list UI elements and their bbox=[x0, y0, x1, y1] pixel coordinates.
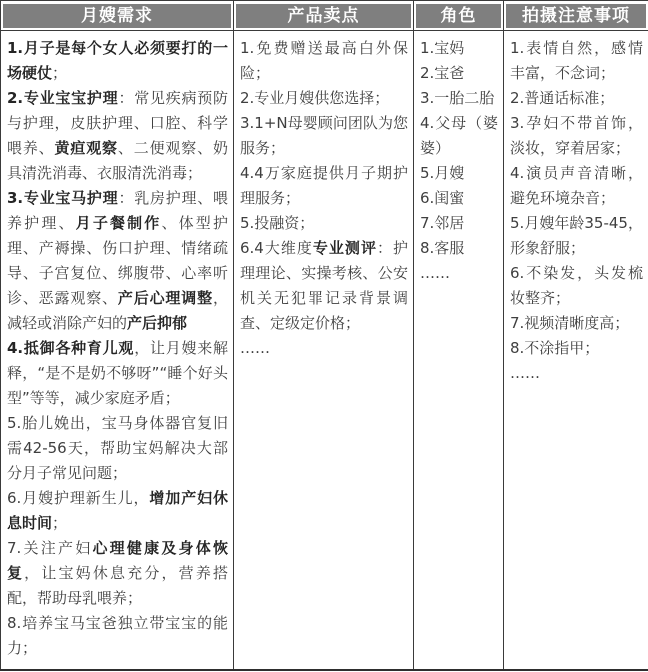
list-item: …… bbox=[510, 361, 643, 386]
list-item: 1.免费赠送最高白外保险； bbox=[240, 36, 408, 86]
list-item: 2.专业宝宝护理：常见疾病预防与护理，皮肤护理、口腔、科学喂养、黄疸观察、二便观… bbox=[7, 86, 228, 186]
list-item: 2.专业月嫂供您选择； bbox=[240, 86, 408, 111]
list-item: 8.客服 bbox=[420, 236, 498, 261]
list-item: 3.1+N母婴顾问团队为您服务； bbox=[240, 111, 408, 161]
list-item: 5.投融资； bbox=[240, 211, 408, 236]
column-header-label: 角色 bbox=[416, 4, 501, 28]
list-item: 4.抵御各种育儿观，让月嫂来解释，“是不是奶不够呀”“睡个好头型”等等，减少家庭… bbox=[7, 336, 228, 411]
column-header-label: 月嫂需求 bbox=[3, 4, 231, 28]
list-item: 6.闺蜜 bbox=[420, 186, 498, 211]
list-item: 7.视频清晰度高； bbox=[510, 311, 643, 336]
column-header-selling-points: 产品卖点 bbox=[234, 1, 414, 31]
column-content: 1.免费赠送最高白外保险；2.专业月嫂供您选择；3.1+N母婴顾问团队为您服务；… bbox=[240, 36, 408, 361]
list-item: 2.宝爸 bbox=[420, 61, 498, 86]
header-row: 月嫂需求 产品卖点 角色 拍摄注意事项 bbox=[1, 1, 648, 31]
list-item: 8.培养宝马宝爸独立带宝宝的能力； bbox=[7, 611, 228, 661]
column-header-shooting-notes: 拍摄注意事项 bbox=[504, 1, 648, 31]
list-item: 6.4大维度专业测评：护理理论、实操考核、公安机关无犯罪记录背景调查、定级定价格… bbox=[240, 236, 408, 336]
column-cell-selling-points: 1.免费赠送最高白外保险；2.专业月嫂供您选择；3.1+N母婴顾问团队为您服务；… bbox=[234, 31, 414, 671]
column-cell-needs: 1.月子是每个女人必须要打的一场硬仗；2.专业宝宝护理：常见疾病预防与护理，皮肤… bbox=[1, 31, 234, 671]
list-item: 2.普通话标准； bbox=[510, 86, 643, 111]
storyboard-page: 月嫂需求 产品卖点 角色 拍摄注意事项 1.月子是每个女人必须要打的一场硬仗；2… bbox=[0, 0, 648, 672]
list-item: 3.孕妇不带首饰，淡妆，穿着居家； bbox=[510, 111, 643, 161]
list-item: 6.不染发，头发梳妆整齐； bbox=[510, 261, 643, 311]
list-item: 5.月嫂 bbox=[420, 161, 498, 186]
column-content: 1.宝妈2.宝爸3.一胎二胎4.父母（婆婆）5.月嫂6.闺蜜7.邻居8.客服…… bbox=[420, 36, 498, 286]
column-header-label: 产品卖点 bbox=[236, 4, 411, 28]
column-content: 1.表情自然，感情丰富，不念词；2.普通话标准；3.孕妇不带首饰，淡妆，穿着居家… bbox=[510, 36, 643, 386]
column-cell-roles: 1.宝妈2.宝爸3.一胎二胎4.父母（婆婆）5.月嫂6.闺蜜7.邻居8.客服…… bbox=[414, 31, 504, 671]
list-item: 8.不涂指甲； bbox=[510, 336, 643, 361]
column-content: 1.月子是每个女人必须要打的一场硬仗；2.专业宝宝护理：常见疾病预防与护理，皮肤… bbox=[7, 36, 228, 661]
column-cell-shooting-notes: 1.表情自然，感情丰富，不念词；2.普通话标准；3.孕妇不带首饰，淡妆，穿着居家… bbox=[504, 31, 648, 671]
list-item: 4.父母（婆婆） bbox=[420, 111, 498, 161]
column-header-needs: 月嫂需求 bbox=[1, 1, 234, 31]
column-header-roles: 角色 bbox=[414, 1, 504, 31]
content-row: 1.月子是每个女人必须要打的一场硬仗；2.专业宝宝护理：常见疾病预防与护理，皮肤… bbox=[1, 31, 648, 671]
list-item: 3.专业宝马护理：乳房护理、喂养护理、月子餐制作、体型护理、产褥操、伤口护理、情… bbox=[7, 186, 228, 336]
list-item: 5.胎儿娩出，宝马身体器官复旧需42-56天，帮助宝妈解决大部分月子常见问题； bbox=[7, 411, 228, 486]
list-item: 1.表情自然，感情丰富，不念词； bbox=[510, 36, 643, 86]
list-item: 1.宝妈 bbox=[420, 36, 498, 61]
column-header-label: 拍摄注意事项 bbox=[506, 4, 646, 28]
list-item: …… bbox=[240, 336, 408, 361]
list-item: 3.一胎二胎 bbox=[420, 86, 498, 111]
list-item: 7.关注产妇心理健康及身体恢复，让宝妈休息充分，营养搭配，帮助母乳喂养； bbox=[7, 536, 228, 611]
list-item: 4.4万家庭提供月子期护理服务； bbox=[240, 161, 408, 211]
list-item: 4.演员声音清晰，避免环境杂音； bbox=[510, 161, 643, 211]
list-item: …… bbox=[420, 261, 498, 286]
list-item: 6.月嫂护理新生儿，增加产妇休息时间； bbox=[7, 486, 228, 536]
storyboard-table: 月嫂需求 产品卖点 角色 拍摄注意事项 1.月子是每个女人必须要打的一场硬仗；2… bbox=[0, 0, 648, 671]
list-item: 1.月子是每个女人必须要打的一场硬仗； bbox=[7, 36, 228, 86]
list-item: 5.月嫂年龄35-45，形象舒服； bbox=[510, 211, 643, 261]
list-item: 7.邻居 bbox=[420, 211, 498, 236]
